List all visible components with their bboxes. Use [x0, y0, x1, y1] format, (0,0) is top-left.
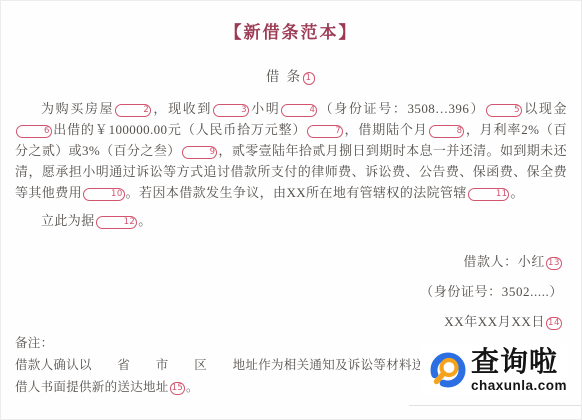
circled-number: 2 [115, 104, 151, 117]
logo-text: 查询啦 chaxunla.com [471, 347, 567, 393]
chaxunla-watermark: 查询啦 chaxunla.com [420, 345, 569, 395]
circled-number: 4 [281, 104, 317, 117]
circled-number: 13 [546, 257, 562, 270]
circled-number: 1 [303, 72, 315, 85]
logo-domain: chaxunla.com [471, 378, 567, 393]
circled-number: 5 [486, 104, 522, 117]
circled-number: 12 [96, 216, 138, 229]
circled-number: 9 [182, 146, 218, 159]
divider [409, 405, 581, 406]
magnifier-icon [428, 350, 468, 390]
circled-number: 11 [468, 188, 510, 201]
circled-number: 10 [83, 188, 125, 201]
circled-number: 7 [307, 125, 343, 138]
circled-number: 14 [546, 317, 562, 330]
loan-note-document: 【新借条范本】 借 条1 为购买房屋2，现收到3小明4（身份证号：3508…39… [0, 0, 582, 420]
note-heading: 借 条1 [1, 65, 581, 85]
evidence-line: 立此为据12。 [15, 210, 567, 229]
circled-number: 15 [170, 382, 185, 395]
signature-block: 借款人：小红13 （身份证号：3502.....） XX年XX月XX日14 [420, 247, 563, 337]
borrower-line: 借款人：小红13 [420, 247, 563, 277]
borrower-id-line: （身份证号：3502.....） [420, 277, 563, 307]
note-body-paragraph: 为购买房屋2，现收到3小明4（身份证号：3508…396）5以现金6出借的￥10… [15, 98, 567, 203]
logo-name: 查询啦 [471, 347, 567, 377]
circled-number: 8 [429, 125, 465, 138]
document-title: 【新借条范本】 [1, 18, 581, 43]
circled-number: 6 [16, 125, 52, 138]
circled-number: 3 [213, 104, 249, 117]
